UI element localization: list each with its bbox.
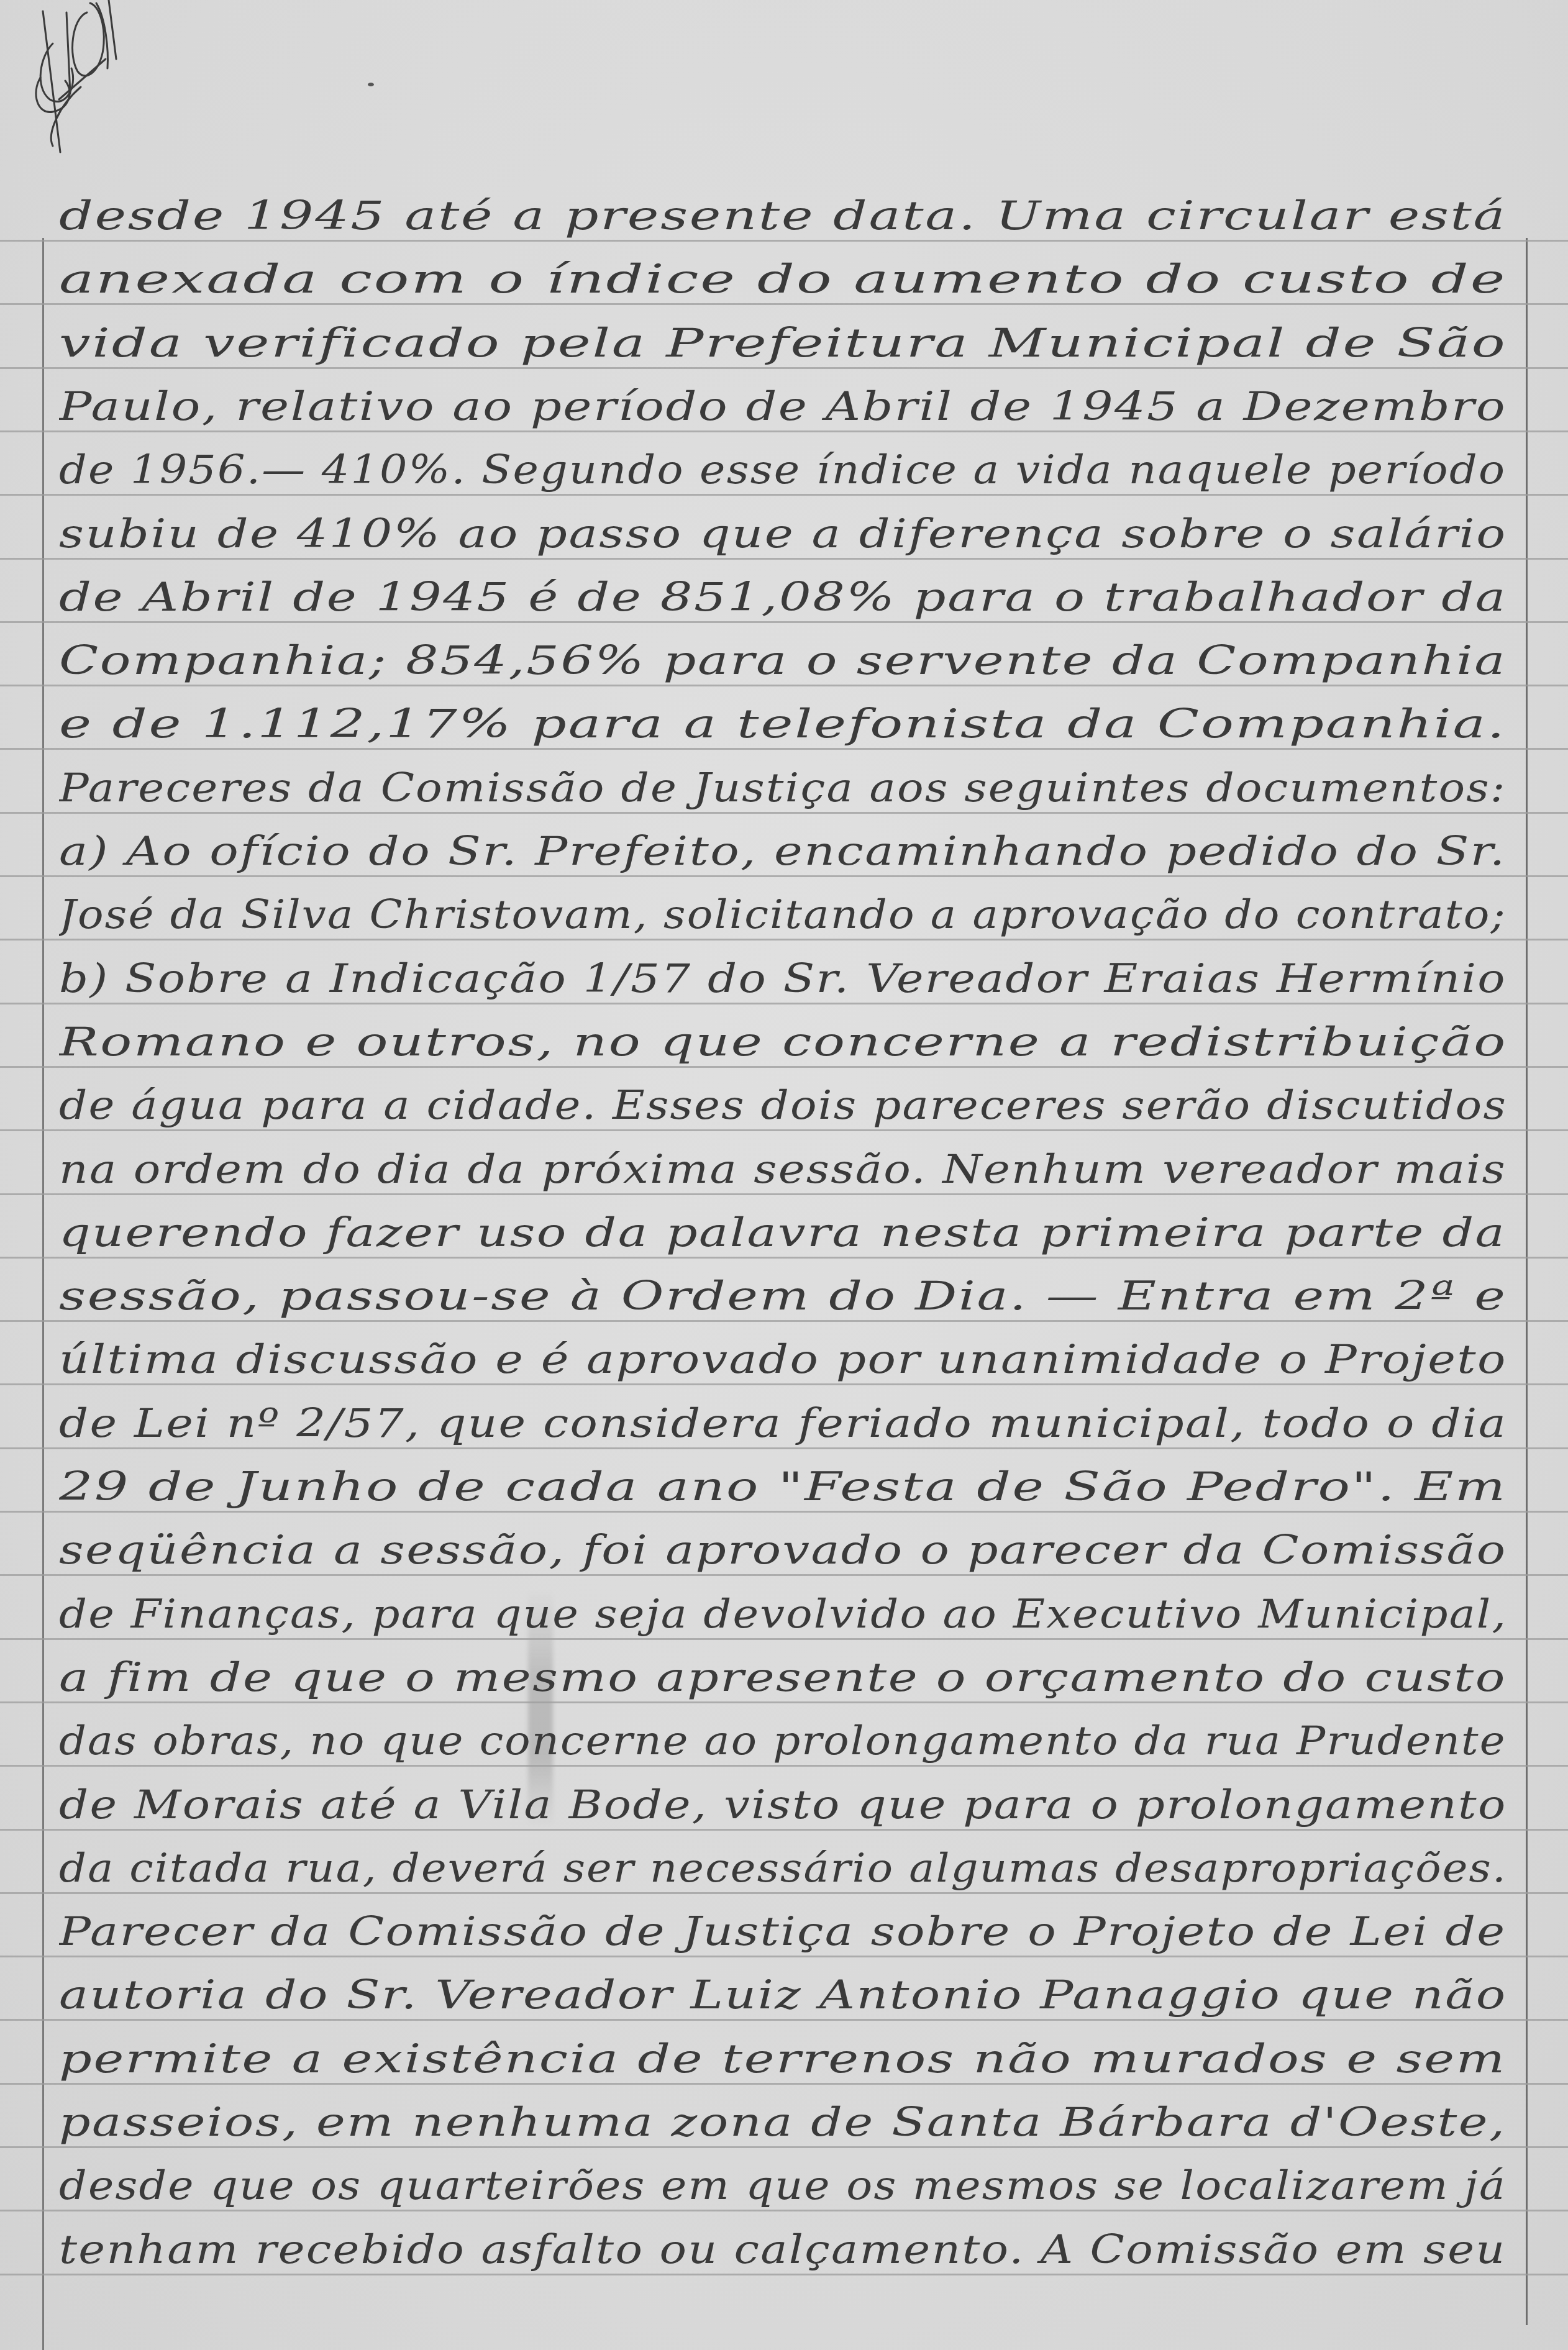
handwritten-line: b) Sobre a Indicação 1/57 do Sr. Vereado… xyxy=(59,940,1525,1003)
handwritten-line: e de 1.112,17% para a telefonista da Com… xyxy=(59,686,1525,748)
handwritten-line: desde 1945 até a presente data. Uma circ… xyxy=(59,178,1525,240)
paper-speck xyxy=(368,83,374,86)
handwritten-line-text: José da Silva Christovam, solicitando a … xyxy=(59,895,1506,939)
handwritten-line-text: anexada com o índice do aumento do custo… xyxy=(59,260,1506,303)
handwritten-line: a) Ao ofício do Sr. Prefeito, encaminhan… xyxy=(59,813,1525,875)
handwritten-line: José da Silva Christovam, solicitando a … xyxy=(59,877,1525,939)
handwritten-line: na ordem do dia da próxima sessão. Nenhu… xyxy=(59,1131,1525,1193)
handwritten-line: da citada rua, deverá ser necessário alg… xyxy=(59,1830,1525,1892)
handwritten-line: Romano e outros, no que concerne a redis… xyxy=(59,1004,1525,1066)
handwritten-line-text: vida verificado pela Prefeitura Municipa… xyxy=(59,324,1506,367)
handwritten-line: 29 de Junho de cada ano "Festa de São Pe… xyxy=(59,1449,1525,1511)
handwritten-line: subiu de 410% ao passo que a diferença s… xyxy=(59,496,1525,558)
ruled-line xyxy=(0,2274,1568,2275)
handwritten-line: vida verificado pela Prefeitura Municipa… xyxy=(59,305,1525,367)
handwritten-line: Companhia; 854,56% para o servente da Co… xyxy=(59,622,1525,685)
handwritten-line-text: Paulo, relativo ao período de Abril de 1… xyxy=(59,387,1506,430)
handwritten-line: última discussão e é aprovado por unanim… xyxy=(59,1321,1525,1383)
handwritten-line-text: seqüência a sessão, foi aprovado o parec… xyxy=(59,1531,1507,1574)
left-margin-rule xyxy=(42,238,44,2350)
handwritten-line-text: permite a existência de terrenos não mur… xyxy=(59,2039,1506,2083)
handwritten-line-text: 29 de Junho de cada ano "Festa de São Pe… xyxy=(59,1467,1507,1511)
handwritten-line-text: a fim de que o mesmo apresente o orçamen… xyxy=(59,1658,1506,1701)
handwritten-line-text: Romano e outros, no que concerne a redis… xyxy=(59,1022,1507,1066)
handwritten-line: anexada com o índice do aumento do custo… xyxy=(59,241,1525,303)
handwritten-line: Parecer da Comissão de Justiça sobre o P… xyxy=(59,1893,1525,1956)
handwritten-line: a fim de que o mesmo apresente o orçamen… xyxy=(59,1639,1525,1701)
handwritten-line-text: de Lei nº 2/57, que considera feriado mu… xyxy=(59,1404,1507,1447)
handwritten-line-text: b) Sobre a Indicação 1/57 do Sr. Vereado… xyxy=(59,959,1506,1003)
handwritten-line: querendo fazer uso da palavra nesta prim… xyxy=(59,1195,1525,1257)
handwritten-line: de Morais até a Vila Bode, visto que par… xyxy=(59,1767,1525,1829)
handwritten-line-text: última discussão e é aprovado por unanim… xyxy=(59,1340,1507,1383)
handwritten-line-text: Parecer da Comissão de Justiça sobre o P… xyxy=(59,1912,1506,1956)
handwritten-line-text: sessão, passou-se à Ordem do Dia. — Entr… xyxy=(59,1277,1506,1320)
handwritten-line-text: da citada rua, deverá ser necessário alg… xyxy=(59,1849,1507,1892)
handwritten-line-text: Pareceres da Comissão de Justiça aos seg… xyxy=(59,768,1506,812)
handwritten-line-text: autoria do Sr. Vereador Luiz Antonio Pan… xyxy=(59,1975,1507,2019)
handwritten-line-text: das obras, no que concerne ao prolongame… xyxy=(59,1721,1506,1765)
handwritten-line-text: na ordem do dia da próxima sessão. Nenhu… xyxy=(59,1150,1506,1193)
handwritten-line: autoria do Sr. Vereador Luiz Antonio Pan… xyxy=(59,1957,1525,2019)
handwritten-line: desde que os quarteirões em que os mesmo… xyxy=(59,2147,1525,2210)
handwritten-line-text: subiu de 410% ao passo que a diferença s… xyxy=(59,514,1507,558)
handwritten-line: seqüência a sessão, foi aprovado o parec… xyxy=(59,1512,1525,1574)
handwritten-line-text: querendo fazer uso da palavra nesta prim… xyxy=(59,1213,1506,1257)
handwritten-line-text: desde 1945 até a presente data. Uma circ… xyxy=(59,196,1506,240)
handwritten-line: de Finanças, para que seja devolvido ao … xyxy=(59,1576,1525,1638)
handwritten-line-text: a) Ao ofício do Sr. Prefeito, encaminhan… xyxy=(59,832,1506,875)
handwritten-line-text: de água para a cidade. Esses dois parece… xyxy=(59,1086,1507,1129)
handwritten-line: das obras, no que concerne ao prolongame… xyxy=(59,1703,1525,1765)
right-margin-rule xyxy=(1526,238,1528,2325)
handwritten-line: de água para a cidade. Esses dois parece… xyxy=(59,1067,1525,1129)
handwritten-line: de Lei nº 2/57, que considera feriado mu… xyxy=(59,1385,1525,1447)
handwritten-line-text: de Morais até a Vila Bode, visto que par… xyxy=(59,1785,1507,1829)
handwritten-line-text: desde que os quarteirões em que os mesmo… xyxy=(59,2166,1506,2210)
handwritten-line-text: de Finanças, para que seja devolvido ao … xyxy=(59,1595,1507,1638)
handwritten-line: permite a existência de terrenos não mur… xyxy=(59,2021,1525,2083)
handwritten-line: tenham recebido asfalto ou calçamento. A… xyxy=(59,2211,1525,2274)
handwritten-line: de 1956.— 410%. Segundo esse índice a vi… xyxy=(59,432,1525,494)
handwritten-line-text: Companhia; 854,56% para o servente da Co… xyxy=(59,641,1506,685)
handwritten-line-text: de 1956.— 410%. Segundo esse índice a vi… xyxy=(59,450,1506,494)
handwritten-line: Paulo, relativo ao período de Abril de 1… xyxy=(59,368,1525,430)
handwritten-line: sessão, passou-se à Ordem do Dia. — Entr… xyxy=(59,1258,1525,1320)
handwritten-line-text: tenham recebido asfalto ou calçamento. A… xyxy=(59,2230,1506,2274)
signature-rubric-icon xyxy=(34,0,183,162)
handwritten-line-text: de Abril de 1945 é de 851,08% para o tra… xyxy=(59,578,1507,621)
handwritten-line: de Abril de 1945 é de 851,08% para o tra… xyxy=(59,559,1525,621)
handwritten-line: Pareceres da Comissão de Justiça aos seg… xyxy=(59,750,1525,812)
handwritten-line: passeios, em nenhuma zona de Santa Bárba… xyxy=(59,2084,1525,2146)
handwritten-line-text: passeios, em nenhuma zona de Santa Bárba… xyxy=(59,2103,1506,2146)
ledger-page: desde 1945 até a presente data. Uma circ… xyxy=(0,0,1568,2350)
handwritten-line-text: e de 1.112,17% para a telefonista da Com… xyxy=(59,704,1506,748)
